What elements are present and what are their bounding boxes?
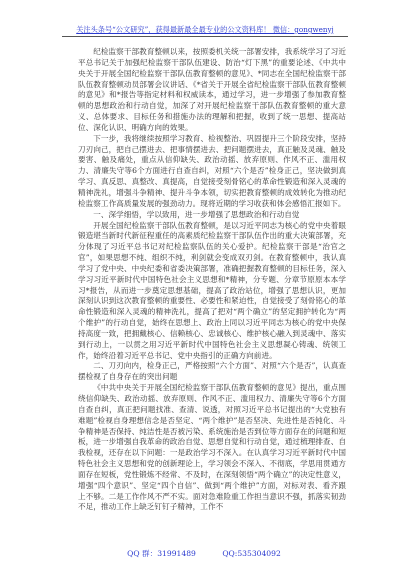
section-heading-2: 二、刀刃向内，检身正己，严格按照“六个方面”、对照“六个是否”，认真查摆检视了自… <box>78 361 346 383</box>
footer-qq-group: QQ 群：31991489 <box>127 549 196 558</box>
paragraph-section-2: 《中共中央关于开展全国纪检监察干部队伍教育整顿的意见》提出，重点围绕信仰缺失、政… <box>78 383 346 513</box>
paragraph-section-1: 开展全国纪检监察干部队伍教育整顿，是以习近平同志为核心的党中央着眼锻造堪当新时代… <box>78 221 346 362</box>
page-footer: QQ 群：31991489 QQ:535304092 <box>0 548 408 559</box>
paragraph-next-step: 下一步，我将继续按照学习教育、检视整治、巩固提升三个阶段安排，坚持刀刃向己，把自… <box>78 134 346 210</box>
header-banner-link[interactable]: 关注头条号“公文研究”，获得最新最全最专业的公文资料库！ 微信：gongweny… <box>76 25 334 34</box>
footer-qq: QQ:535304092 <box>222 549 281 558</box>
paragraph-intro: 纪检监察干部教育整顿以来，按照委机关统一部署安排，我系统学习了习近平总书记关于加… <box>78 47 346 134</box>
document-page: 关注头条号“公文研究”，获得最新最全最专业的公文资料库！ 微信：gongweny… <box>0 0 408 580</box>
section-heading-1: 一、深学细悟，学以致用，进一步增强了思想政治和行动自觉 <box>78 210 346 221</box>
page-header: 关注头条号“公文研究”，获得最新最全最专业的公文资料库！ 微信：gongweny… <box>62 24 348 37</box>
document-body: 纪检监察干部教育整顿以来，按照委机关统一部署安排，我系统学习了习近平总书记关于加… <box>78 47 346 513</box>
